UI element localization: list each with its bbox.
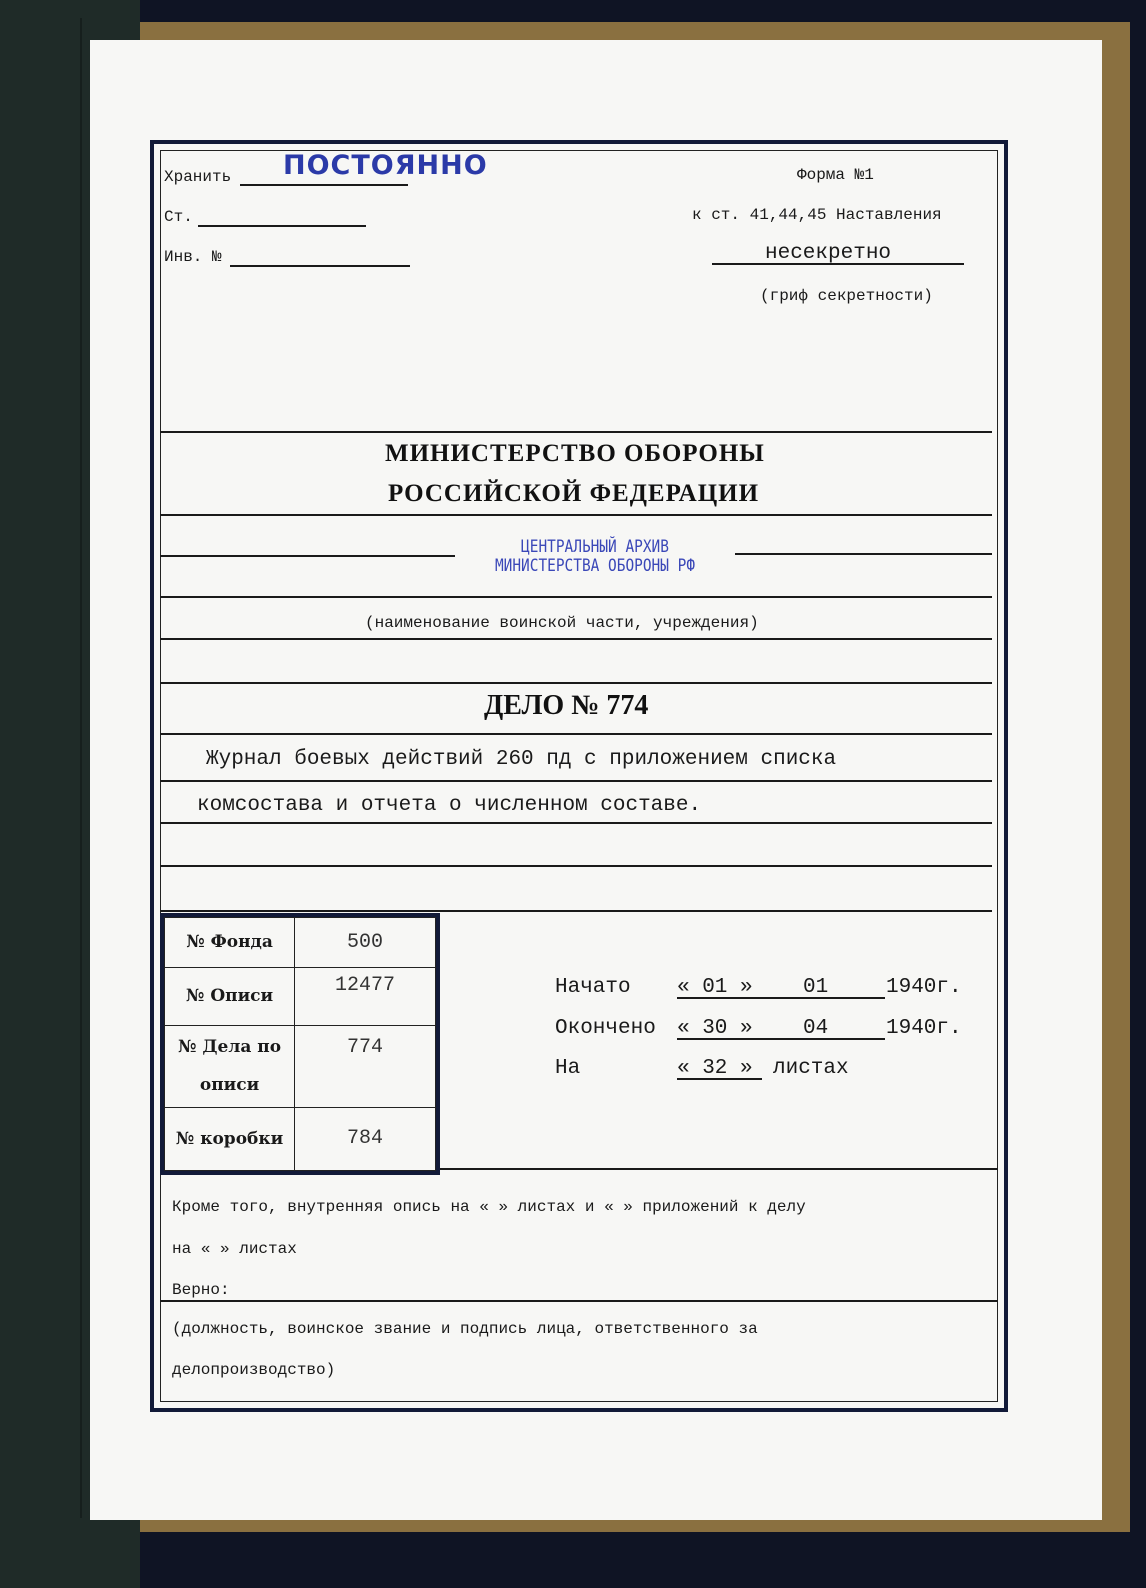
- ended-label: Окончено: [555, 1017, 656, 1040]
- box-value: 784: [295, 1107, 436, 1170]
- signature-caption-line2: делопроизводство): [172, 1361, 335, 1379]
- secrecy-caption: (гриф секретности): [760, 287, 933, 305]
- form-number: Форма №1: [797, 166, 874, 184]
- ended-day: « 30 »: [677, 1017, 753, 1040]
- ministry-line2: РОССИЙСКОЙ ФЕДЕРАЦИИ: [388, 480, 759, 508]
- sheets-unit: листах: [773, 1057, 849, 1080]
- sheets-count: « 32 »: [677, 1057, 753, 1080]
- opis-label: № Описи: [165, 967, 295, 1025]
- inventory-label: Инв. №: [164, 248, 222, 266]
- inventory-field: [230, 265, 410, 267]
- started-underline: [677, 997, 885, 999]
- ended-year: 1940г.: [886, 1017, 962, 1040]
- form-reference: к ст. 41,44,45 Наставления: [692, 206, 942, 224]
- divider: [735, 553, 992, 555]
- footer-line2: на « » листах: [172, 1240, 297, 1258]
- storage-stamp: ПОСТОЯННО: [283, 150, 488, 181]
- form-frame: [150, 140, 1008, 1412]
- verified-label: Верно:: [172, 1281, 230, 1299]
- started-month: 01: [803, 976, 828, 999]
- opis-value: 12477: [295, 967, 436, 1025]
- divider: [160, 596, 992, 598]
- sheets-underline: [677, 1078, 762, 1080]
- ministry-line1: МИНИСТЕРСТВО ОБОРОНЫ: [385, 440, 765, 468]
- secrecy-value: несекретно: [765, 242, 891, 265]
- case-title: ДЕЛО № 774: [484, 690, 648, 722]
- storage-underline: [240, 184, 408, 186]
- delo-label-line1: № Дела по: [178, 1037, 281, 1057]
- started-label: Начато: [555, 976, 631, 999]
- ended-month: 04: [803, 1017, 828, 1040]
- divider: [160, 1300, 998, 1302]
- table-row: № Дела поописи 774: [165, 1025, 436, 1107]
- divider: [160, 638, 992, 640]
- spine-edge: [80, 18, 82, 1518]
- table-row: № Описи 12477: [165, 967, 436, 1025]
- delo-label: № Дела поописи: [165, 1025, 295, 1107]
- unit-caption: (наименование воинской части, учреждения…: [365, 614, 759, 632]
- divider: [160, 514, 992, 516]
- article-field: [198, 225, 366, 227]
- table-row: № Фонда 500: [165, 918, 436, 968]
- article-label: Ст.: [164, 208, 193, 226]
- archive-stamp-line1: ЦЕНТРАЛЬНЫЙ АРХИВ: [463, 538, 727, 557]
- divider: [160, 555, 455, 557]
- secrecy-underline: [712, 263, 964, 265]
- signature-caption-line1: (должность, воинское звание и подпись ли…: [172, 1320, 758, 1338]
- archive-info-table: № Фонда 500 № Описи 12477 № Дела поописи…: [160, 913, 440, 1175]
- description-line2: комсостава и отчета о численном составе.: [197, 794, 701, 817]
- started-day: « 01 »: [677, 976, 753, 999]
- divider: [160, 431, 992, 433]
- table-row: № коробки 784: [165, 1107, 436, 1170]
- box-label: № коробки: [165, 1107, 295, 1170]
- divider: [160, 865, 992, 867]
- started-year: 1940г.: [886, 976, 962, 999]
- fond-value: 500: [295, 918, 436, 968]
- archive-stamp-line2: МИНИСТЕРСТВА ОБОРОНЫ РФ: [463, 557, 727, 576]
- description-line1: Журнал боевых действий 260 пд с приложен…: [206, 748, 836, 771]
- ended-underline: [677, 1038, 885, 1040]
- divider: [160, 780, 992, 782]
- divider: [440, 1168, 998, 1170]
- fond-label: № Фонда: [165, 918, 295, 968]
- divider: [160, 733, 992, 735]
- divider: [160, 822, 992, 824]
- archive-stamp: ЦЕНТРАЛЬНЫЙ АРХИВ МИНИСТЕРСТВА ОБОРОНЫ Р…: [440, 538, 750, 576]
- sheets-label: На: [555, 1057, 580, 1080]
- divider: [160, 910, 992, 912]
- delo-label-line2: описи: [200, 1075, 259, 1095]
- divider: [160, 682, 992, 684]
- delo-value: 774: [295, 1025, 436, 1107]
- storage-label: Хранить: [164, 168, 231, 186]
- footer-line1: Кроме того, внутренняя опись на « » лист…: [172, 1198, 806, 1216]
